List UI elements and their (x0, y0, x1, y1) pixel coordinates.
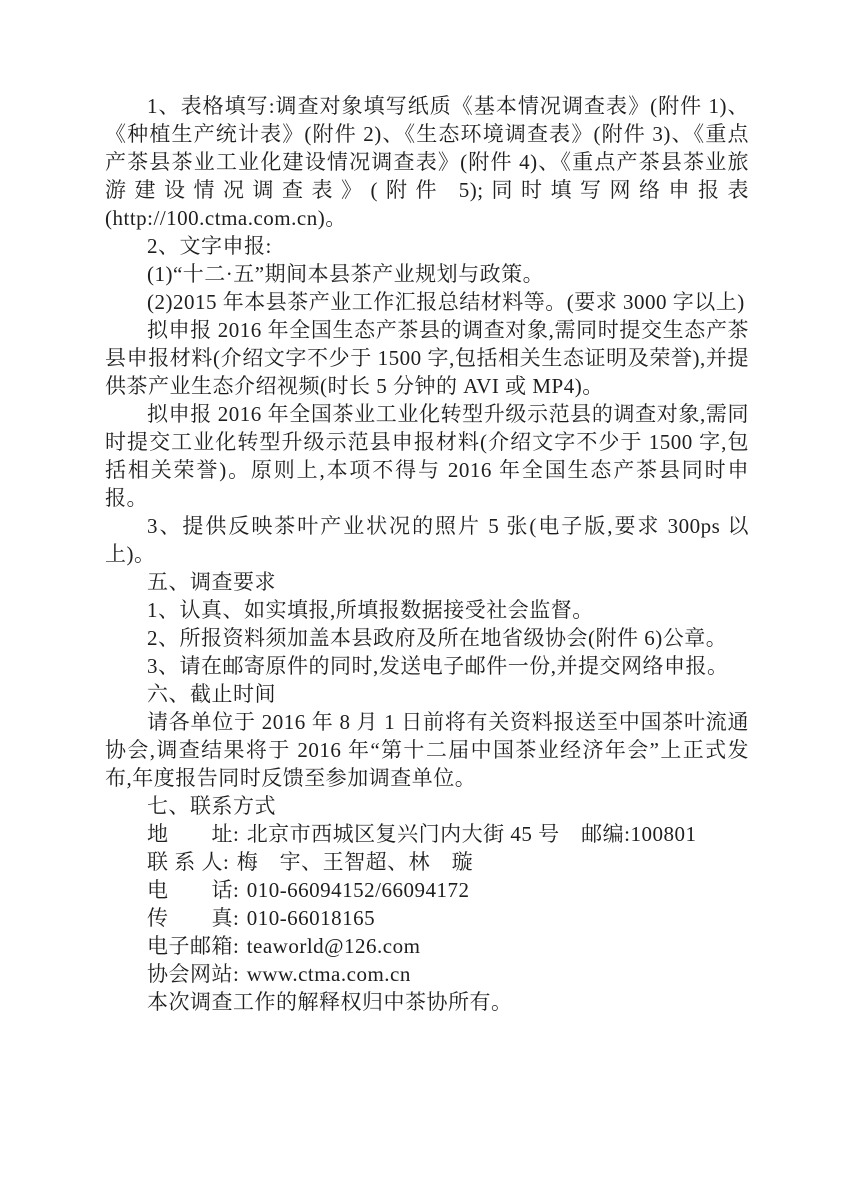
heading-section-5-survey-requirements: 五、调查要求 (105, 568, 749, 596)
paragraph-photos-requirement: 3、提供反映茶叶产业状况的照片 5 张(电子版,要求 300ps 以上)。 (105, 512, 749, 568)
paragraph-requirement-3: 3、请在邮寄原件的同时,发送电子邮件一份,并提交网络申报。 (105, 652, 749, 680)
heading-section-6-deadline: 六、截止时间 (105, 680, 749, 708)
paragraph-industrialization-application: 拟申报 2016 年全国茶业工业化转型升级示范县的调查对象,需同时提交工业化转型… (105, 400, 749, 512)
paragraph-closing-note: 本次调查工作的解释权归中茶协所有。 (105, 988, 749, 1016)
paragraph-eco-county-application: 拟申报 2016 年全国生态产茶县的调查对象,需同时提交生态产茶县申报材料(介绍… (105, 316, 749, 400)
contact-value-contact-person: 梅 宇、王智超、林 璇 (237, 850, 474, 874)
paragraph-item-1-plan: (1)“十二·五”期间本县茶产业规划与政策。 (105, 260, 749, 288)
contact-value-fax: 010-66018165 (247, 906, 376, 930)
paragraph-requirement-1: 1、认真、如实填报,所填报数据接受社会监督。 (105, 596, 749, 624)
paragraph-requirement-2: 2、所报资料须加盖本县政府及所在地省级协会(附件 6)公章。 (105, 624, 749, 652)
contact-value-address: 北京市西城区复兴门内大街 45 号 邮编:100801 (247, 822, 697, 846)
document-page: 1、表格填写:调查对象填写纸质《基本情况调查表》(附件 1)、《种植生产统计表》… (0, 0, 850, 1202)
contact-label-phone: 电 话: (147, 876, 239, 904)
paragraph-item-2-summary: (2)2015 年本县茶产业工作汇报总结材料等。(要求 3000 字以上) (105, 288, 749, 316)
paragraph-deadline-details: 请各单位于 2016 年 8 月 1 日前将有关资料报送至中国茶叶流通协会,调查… (105, 708, 749, 792)
contact-line-website: 协会网站:www.ctma.com.cn (105, 960, 749, 988)
paragraph-form-filling: 1、表格填写:调查对象填写纸质《基本情况调查表》(附件 1)、《种植生产统计表》… (105, 92, 749, 232)
contact-line-address: 地 址:北京市西城区复兴门内大街 45 号 邮编:100801 (105, 820, 749, 848)
contact-label-address: 地 址: (147, 820, 239, 848)
contact-value-website: www.ctma.com.cn (247, 962, 411, 986)
heading-section-7-contact: 七、联系方式 (105, 792, 749, 820)
contact-label-website: 协会网站: (147, 960, 239, 988)
contact-line-phone: 电 话:010-66094152/66094172 (105, 876, 749, 904)
contact-line-fax: 传 真:010-66018165 (105, 904, 749, 932)
contact-label-contact-person: 联 系 人: (147, 848, 229, 876)
document-body: 1、表格填写:调查对象填写纸质《基本情况调查表》(附件 1)、《种植生产统计表》… (105, 92, 749, 1016)
contact-label-fax: 传 真: (147, 904, 239, 932)
contact-line-email: 电子邮箱:teaworld@126.com (105, 932, 749, 960)
paragraph-text-submission: 2、文字申报: (105, 232, 749, 260)
contact-label-email: 电子邮箱: (147, 932, 239, 960)
contact-line-contact-person: 联 系 人:梅 宇、王智超、林 璇 (105, 848, 749, 876)
contact-value-email: teaworld@126.com (247, 934, 421, 958)
contact-value-phone: 010-66094152/66094172 (247, 878, 470, 902)
